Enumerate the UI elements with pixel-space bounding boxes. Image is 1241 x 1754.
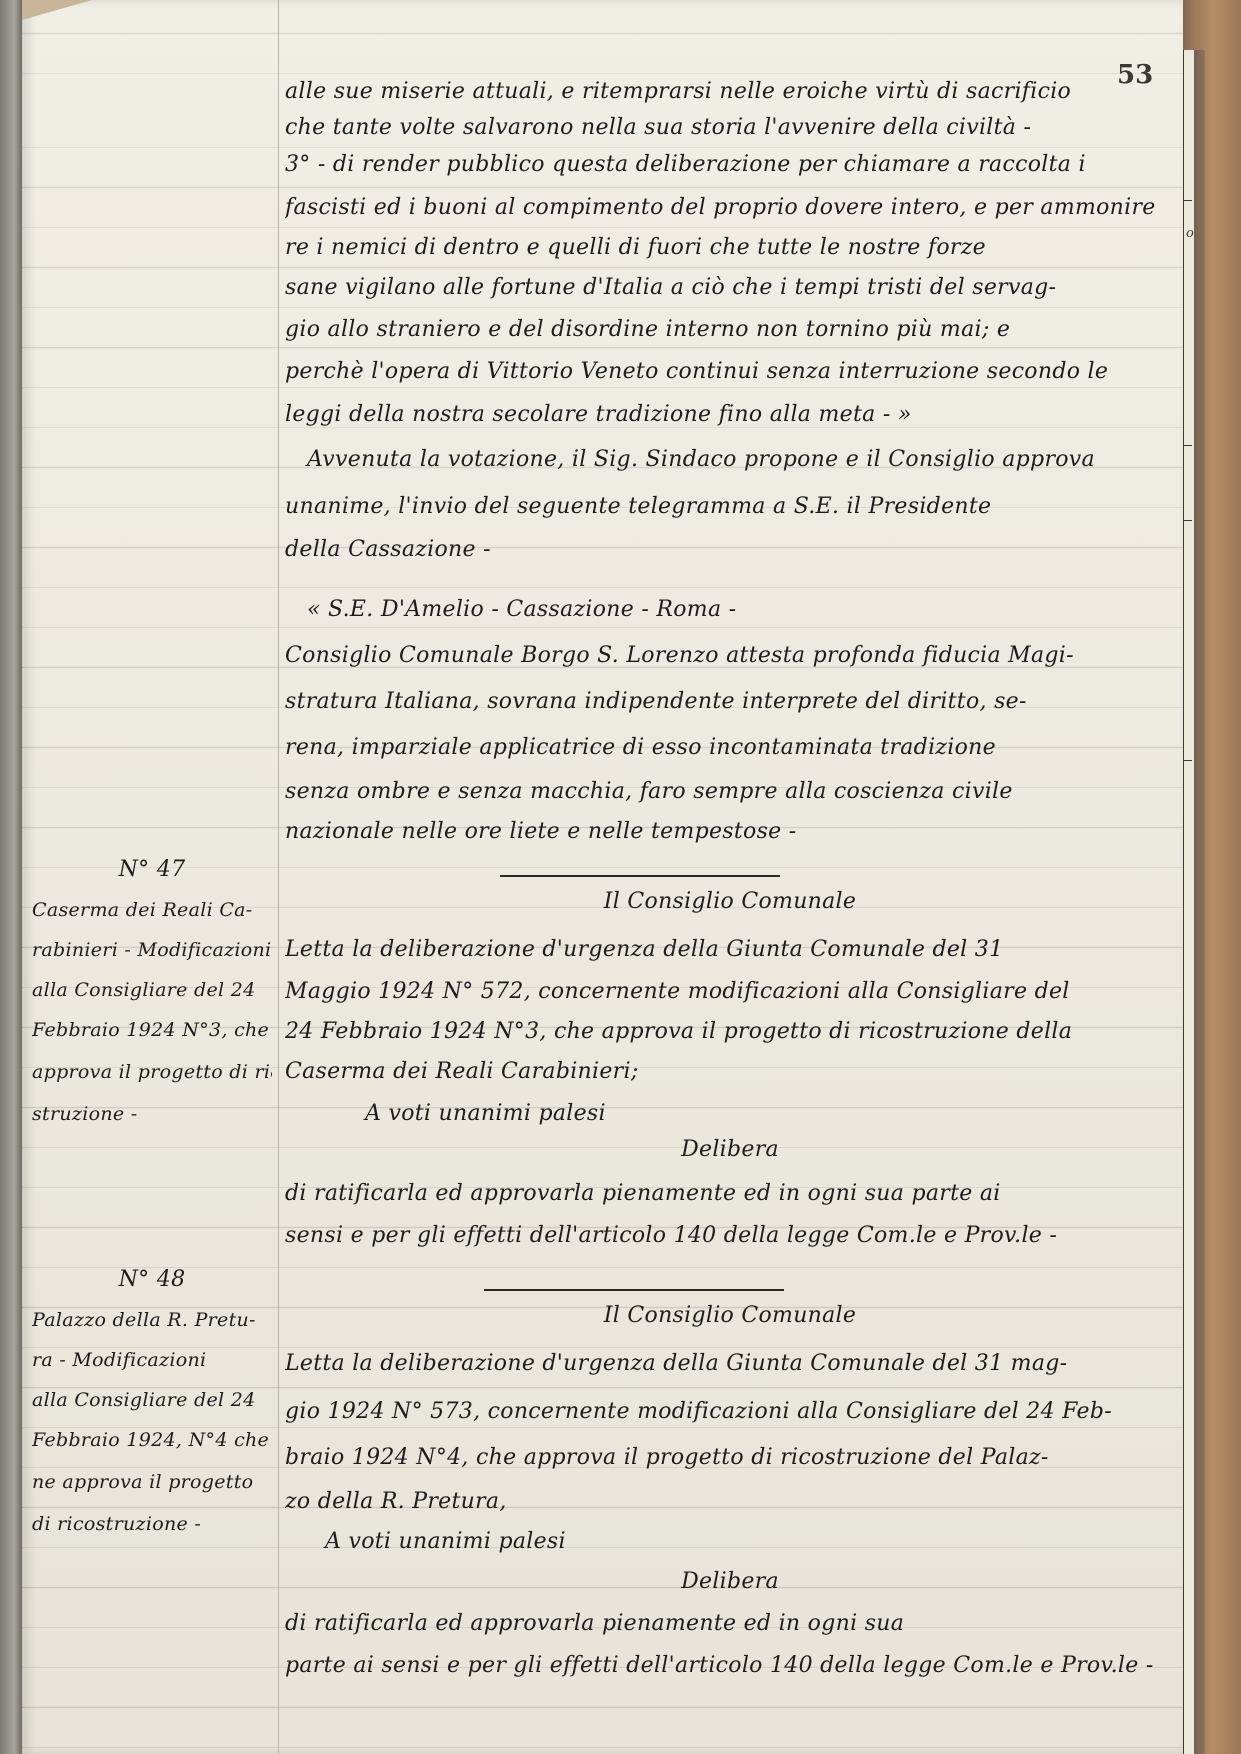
telegram-line: senza ombre e senza macchia, faro sempre… bbox=[285, 772, 1175, 812]
deliberation-line: gio 1924 N° 573, concernente modificazio… bbox=[285, 1392, 1175, 1432]
vote-line: A voti unanimi palesi bbox=[285, 1094, 1241, 1134]
telegram-address: « S.E. D'Amelio - Cassazione - Roma - bbox=[285, 590, 1197, 630]
entry-number: N° 48 bbox=[32, 1260, 272, 1300]
deliberation-line: braio 1924 N°4, che approva il progetto … bbox=[285, 1438, 1175, 1478]
deliberation-line: Letta la deliberazione d'urgenza della G… bbox=[285, 1344, 1175, 1384]
body-line: sane vigilano alle fortune d'Italia a ci… bbox=[285, 268, 1175, 308]
section-divider-rule bbox=[500, 875, 780, 877]
body-line: fascisti ed i buoni al compimento del pr… bbox=[285, 188, 1175, 228]
body-line: unanime, l'invio del seguente telegramma… bbox=[285, 487, 1175, 527]
body-line: della Cassazione - bbox=[285, 530, 1175, 570]
resolves-heading: Delibera bbox=[285, 1130, 1235, 1170]
margin-note-line: rabinieri - Modificazioni bbox=[32, 930, 272, 970]
telegram-line: nazionale nelle ore liete e nelle tempes… bbox=[285, 812, 1175, 852]
telegram-line: stratura Italiana, sovrana indipendente … bbox=[285, 682, 1175, 722]
section-divider-rule bbox=[484, 1289, 784, 1291]
deliberation-line: Caserma dei Reali Carabinieri; bbox=[285, 1052, 1175, 1092]
section-heading: Il Consiglio Comunale bbox=[285, 1296, 1175, 1336]
deliberation-line: Letta la deliberazione d'urgenza della G… bbox=[285, 930, 1175, 970]
deliberation-line: 24 Febbraio 1924 N°3, che approva il pro… bbox=[285, 1012, 1175, 1052]
resolution-line: di ratificarla ed approvarla pienamente … bbox=[285, 1174, 1175, 1214]
edge-tick-mark bbox=[1184, 760, 1192, 761]
margin-note-line: Palazzo della R. Pretu- bbox=[32, 1300, 272, 1340]
resolution-line: sensi e per gli effetti dell'articolo 14… bbox=[285, 1216, 1175, 1256]
page-corner bbox=[22, 0, 92, 20]
margin-note-line: alla Consigliare del 24 bbox=[32, 1380, 272, 1420]
ledger-page: 53 alle sue miserie attuali, e ritemprar… bbox=[22, 0, 1183, 1754]
margin-note-line: ra - Modificazioni bbox=[32, 1340, 272, 1380]
edge-tick-mark bbox=[1184, 445, 1192, 446]
margin-note-line: di ricostruzione - bbox=[32, 1504, 272, 1544]
body-line: Avvenuta la votazione, il Sig. Sindaco p… bbox=[285, 440, 1197, 480]
deliberation-line: Maggio 1924 N° 572, concernente modifica… bbox=[285, 972, 1175, 1012]
resolves-heading: Delibera bbox=[285, 1562, 1241, 1602]
resolution-line: parte ai sensi e per gli effetti dell'ar… bbox=[285, 1646, 1175, 1686]
edge-tick-mark bbox=[1184, 520, 1192, 521]
body-line: alle sue miserie attuali, e ritemprarsi … bbox=[285, 72, 1175, 112]
section-heading: Il Consiglio Comunale bbox=[285, 882, 1175, 922]
margin-note-line: Febbraio 1924, N°4 che bbox=[32, 1420, 272, 1460]
edge-tick-mark: o bbox=[1186, 226, 1194, 241]
margin-note-line: struzione - bbox=[32, 1094, 272, 1134]
ledger-cover-left bbox=[0, 0, 24, 1754]
telegram-line: rena, imparziale applicatrice di esso in… bbox=[285, 728, 1175, 768]
body-line: 3° - di render pubblico questa deliberaz… bbox=[285, 145, 1175, 185]
body-line: leggi della nostra secolare tradizione f… bbox=[285, 395, 1175, 435]
edge-tick-mark bbox=[1184, 200, 1192, 201]
page-stack-edge bbox=[1183, 50, 1194, 1754]
entry-number: N° 47 bbox=[32, 850, 272, 890]
margin-note-line: alla Consigliare del 24 bbox=[32, 970, 272, 1010]
margin-note-line: Febbraio 1924 N°3, che ne bbox=[32, 1010, 272, 1050]
body-line: gio allo straniero e del disordine inter… bbox=[285, 310, 1175, 350]
margin-note-line: approva il progetto di rico- bbox=[32, 1052, 272, 1092]
deliberation-line: zo della R. Pretura, bbox=[285, 1482, 1175, 1522]
body-line: che tante volte salvarono nella sua stor… bbox=[285, 108, 1175, 148]
vote-line: A voti unanimi palesi bbox=[285, 1522, 1215, 1562]
telegram-line: Consiglio Comunale Borgo S. Lorenzo atte… bbox=[285, 636, 1175, 676]
resolution-line: di ratificarla ed approvarla pienamente … bbox=[285, 1604, 1175, 1644]
body-line: re i nemici di dentro e quelli di fuori … bbox=[285, 228, 1175, 268]
margin-rule-line bbox=[278, 0, 279, 1754]
margin-note-line: ne approva il progetto bbox=[32, 1462, 272, 1502]
margin-note-line: Caserma dei Reali Ca- bbox=[32, 890, 272, 930]
body-line: perchè l'opera di Vittorio Veneto contin… bbox=[285, 352, 1175, 392]
